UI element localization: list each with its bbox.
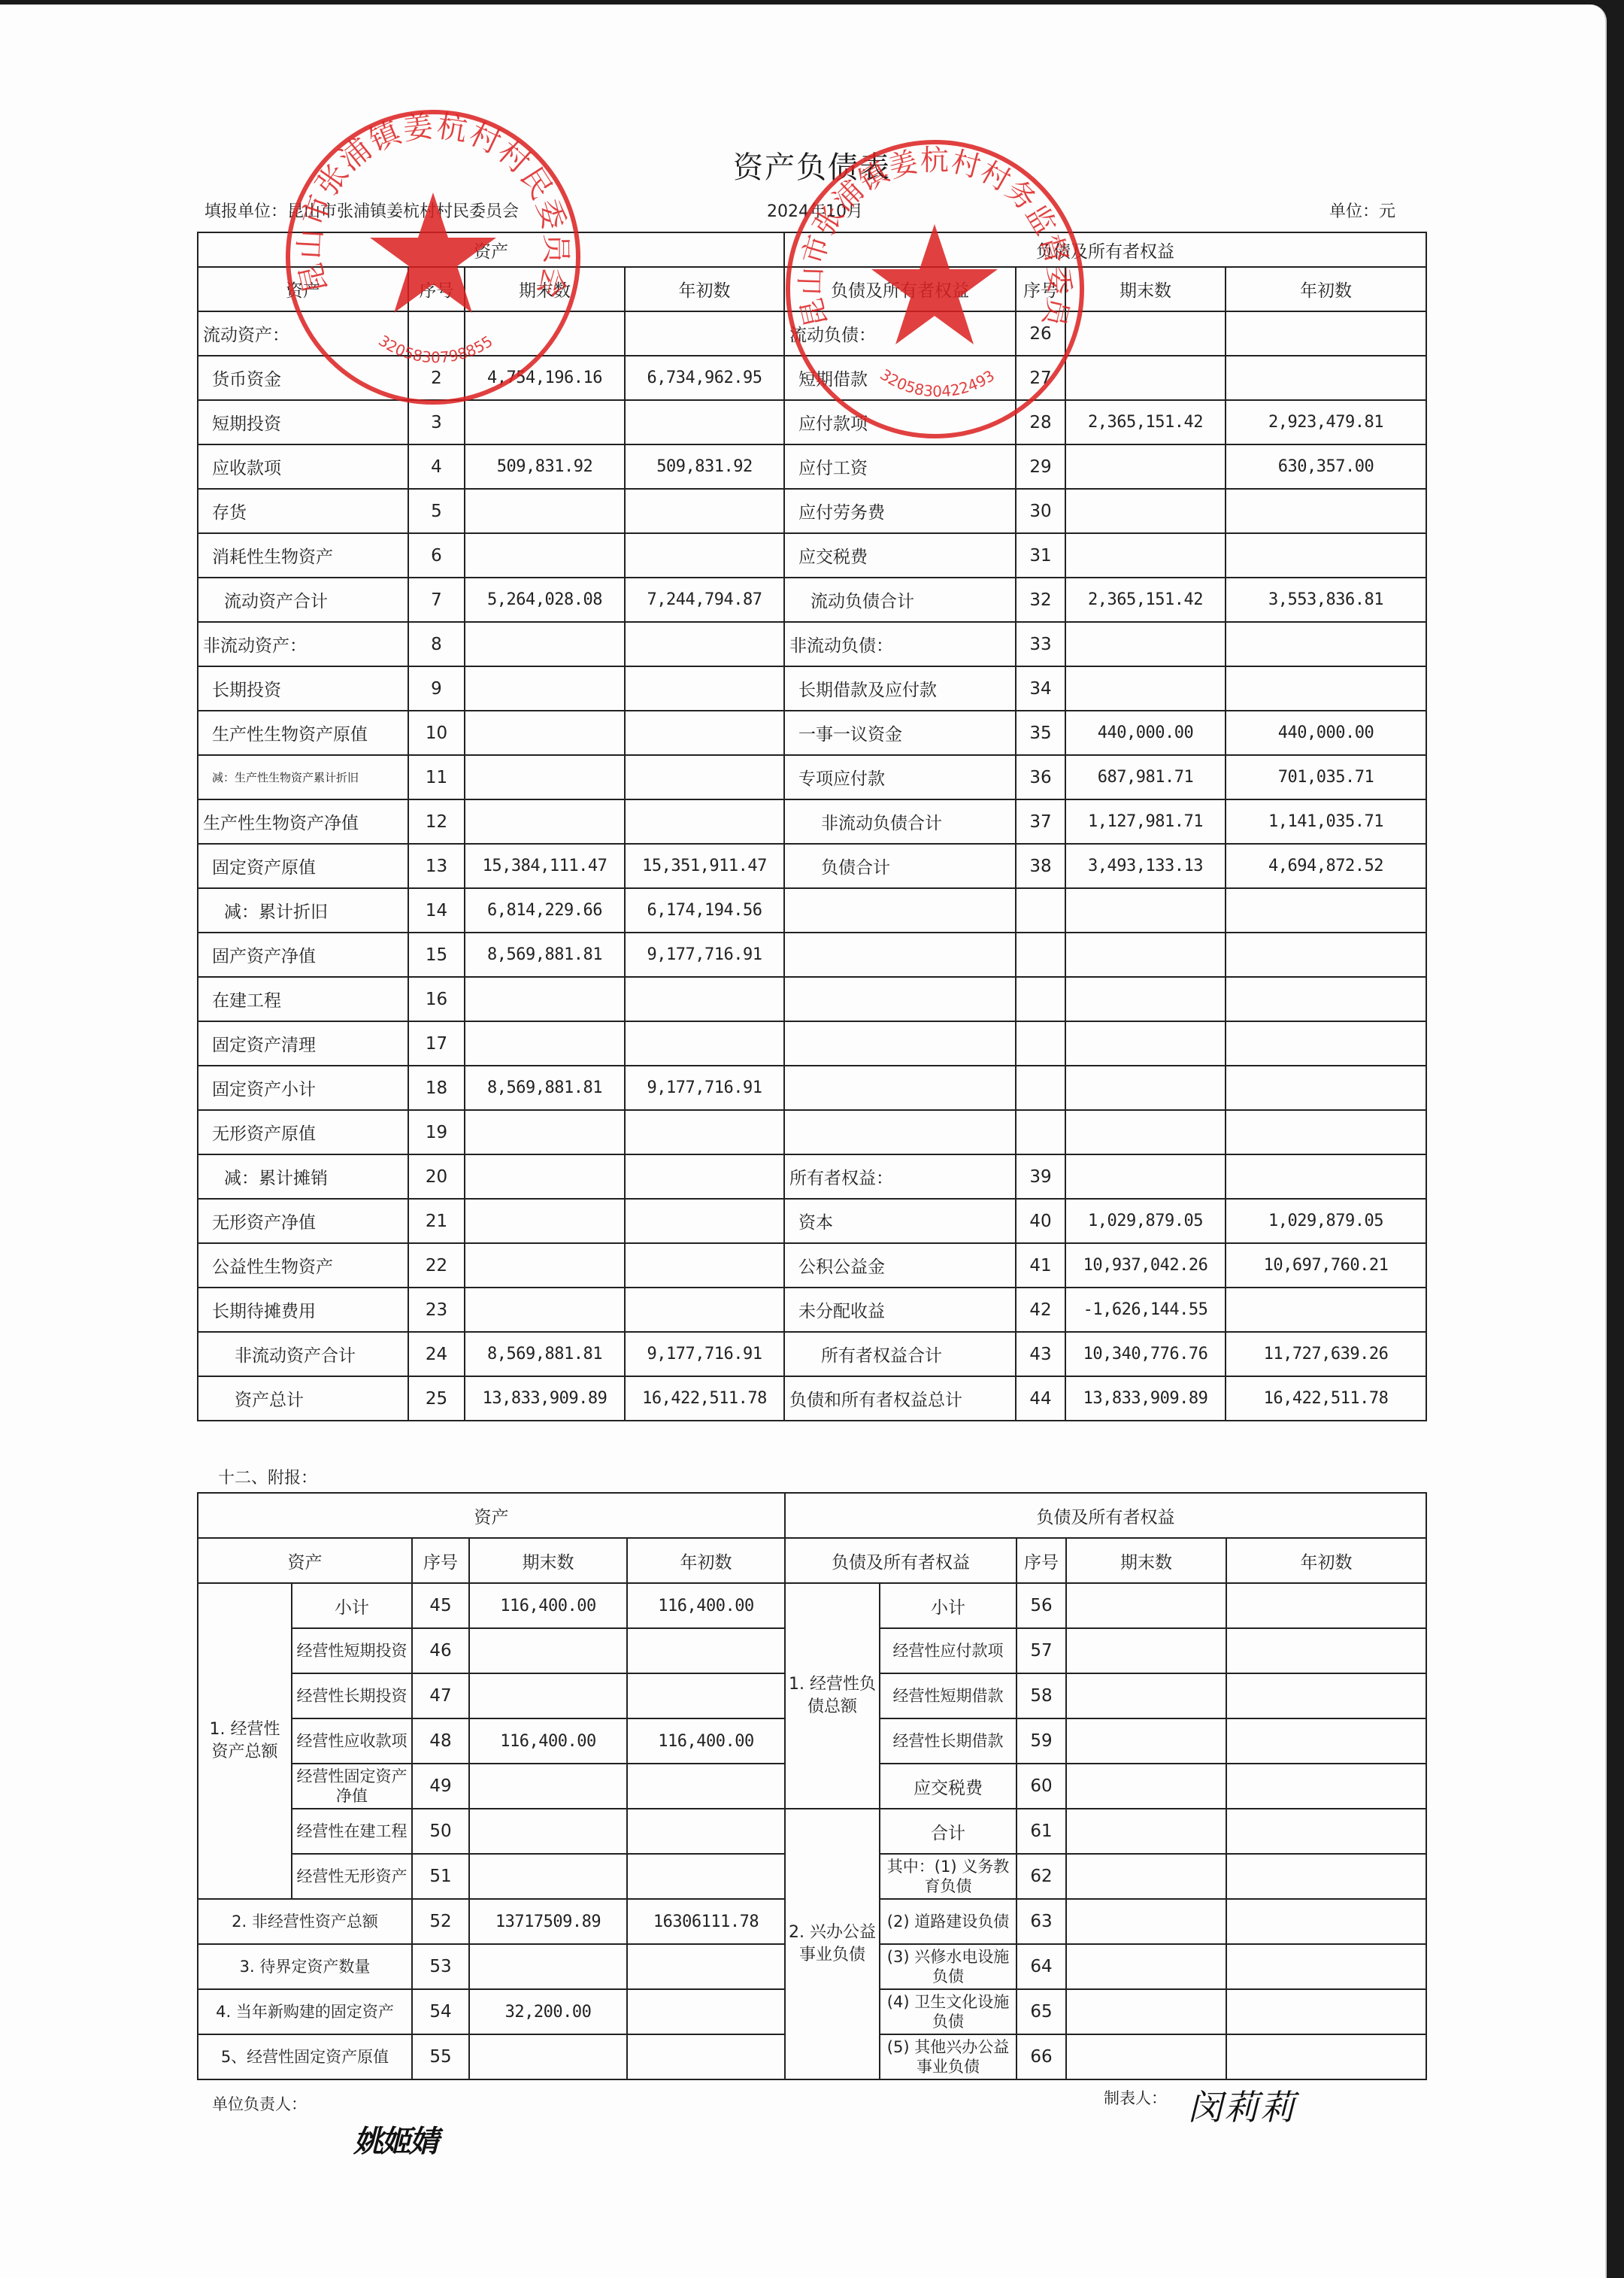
- asset-label: 消耗性生物资产: [198, 533, 408, 578]
- table-row: 固定资产原值1315,384,111.4715,351,911.47负债合计38…: [198, 844, 1426, 888]
- asset-label: 长期待摊费用: [198, 1288, 408, 1332]
- liability-seq: 37: [1016, 799, 1065, 844]
- liability-begin-value: [1226, 1628, 1426, 1673]
- liability-end-value: [1065, 622, 1226, 666]
- asset-end-value: [469, 2034, 627, 2079]
- liability-seq: 29: [1016, 444, 1065, 489]
- liability-end-value: [1065, 888, 1226, 933]
- liability-begin-value: 4,694,872.52: [1226, 844, 1426, 888]
- asset-end-value: [465, 400, 625, 444]
- asset-begin-value: 6,734,962.95: [625, 356, 784, 400]
- asset-seq: 55: [412, 2034, 469, 2079]
- col-header-end: 期末数: [1065, 267, 1226, 311]
- liability-begin-value: [1226, 666, 1426, 711]
- liability-end-value: 1,127,981.71: [1065, 799, 1226, 844]
- asset-seq: 10: [408, 711, 465, 755]
- asset-begin-value: 16,422,511.78: [625, 1376, 784, 1421]
- asset-label: 3. 待界定资产数量: [198, 1944, 412, 1989]
- liability-seq: 28: [1016, 400, 1065, 444]
- liability-label: 小计: [880, 1583, 1017, 1628]
- preparer-signature: 闵莉莉: [1188, 2080, 1296, 2130]
- asset-end-value: 5,264,028.08: [465, 578, 625, 622]
- liability-label: 所有者权益合计: [784, 1332, 1016, 1376]
- asset-seq: 20: [408, 1154, 465, 1199]
- liability-end-value: [1066, 2034, 1226, 2079]
- liability-end-value: [1066, 1583, 1226, 1628]
- asset-end-value: 116,400.00: [469, 1583, 627, 1628]
- liability-label: (2) 道路建设负债: [880, 1899, 1017, 1944]
- asset-end-value: [465, 1154, 625, 1199]
- liability-seq: 26: [1016, 311, 1065, 356]
- liability-label: 应付款项: [784, 400, 1016, 444]
- supplement-table: 资产 负债及所有者权益 资产 序号 期末数 年初数 负债及所有者权益 序号 期末…: [197, 1492, 1427, 2080]
- liability-begin-value: 16,422,511.78: [1226, 1376, 1426, 1421]
- liability-begin-value: [1226, 1854, 1426, 1899]
- supp-col-header-liability: 负债及所有者权益: [785, 1538, 1017, 1583]
- asset-end-value: [469, 1944, 627, 1989]
- liability-label: (3) 兴修水电设施负债: [880, 1944, 1017, 1989]
- asset-begin-value: 15,351,911.47: [625, 844, 784, 888]
- liability-begin-value: 11,727,639.26: [1226, 1332, 1426, 1376]
- asset-begin-value: [625, 311, 784, 356]
- liability-seq: 34: [1016, 666, 1065, 711]
- supp-assets-section-header: 资产: [198, 1493, 785, 1538]
- asset-begin-value: 116,400.00: [627, 1718, 785, 1764]
- asset-begin-value: [625, 622, 784, 666]
- col-header-seq: 序号: [1016, 267, 1065, 311]
- asset-begin-value: [627, 1764, 785, 1809]
- liability-end-value: [1066, 1764, 1226, 1809]
- asset-label: 固定资产原值: [198, 844, 408, 888]
- liability-seq: 66: [1017, 2034, 1066, 2079]
- liability-group-label: 2. 兴办公益事业负债: [785, 1809, 880, 2079]
- liability-end-value: [1065, 1066, 1226, 1110]
- page-title: 资产负债表: [0, 144, 1624, 187]
- liability-begin-value: 3,553,836.81: [1226, 578, 1426, 622]
- table-row: 经营性在建工程502. 兴办公益事业负债合计61: [198, 1809, 1426, 1854]
- liability-seq: 39: [1016, 1154, 1065, 1199]
- liability-end-value: [1066, 1899, 1226, 1944]
- liability-seq: 31: [1016, 533, 1065, 578]
- liability-seq: 41: [1016, 1243, 1065, 1288]
- liability-seq: 57: [1017, 1628, 1066, 1673]
- asset-label: 资产总计: [198, 1376, 408, 1421]
- liability-label: 短期借款: [784, 356, 1016, 400]
- liability-end-value: 2,365,151.42: [1065, 400, 1226, 444]
- table-row: 货币资金24,754,196.166,734,962.95短期借款27: [198, 356, 1426, 400]
- asset-seq: 46: [412, 1628, 469, 1673]
- asset-seq: 13: [408, 844, 465, 888]
- liability-label: [784, 1021, 1016, 1066]
- currency-unit: 单位：元: [1329, 199, 1395, 222]
- liability-seq: 33: [1016, 622, 1065, 666]
- liability-label: 经营性长期借款: [880, 1718, 1017, 1764]
- asset-begin-value: [627, 1628, 785, 1673]
- asset-seq: 3: [408, 400, 465, 444]
- asset-label: 经营性在建工程: [292, 1809, 412, 1854]
- asset-seq: 25: [408, 1376, 465, 1421]
- asset-seq: 17: [408, 1021, 465, 1066]
- asset-label: 经营性长期投资: [292, 1673, 412, 1718]
- table-row: 消耗性生物资产6应交税费31: [198, 533, 1426, 578]
- table-row: 在建工程16: [198, 977, 1426, 1021]
- asset-seq: 11: [408, 755, 465, 799]
- asset-begin-value: [625, 1154, 784, 1199]
- liability-begin-value: [1226, 888, 1426, 933]
- asset-seq: 4: [408, 444, 465, 489]
- liability-begin-value: 630,357.00: [1226, 444, 1426, 489]
- liability-seq: 64: [1017, 1944, 1066, 1989]
- asset-label: 短期投资: [198, 400, 408, 444]
- liability-end-value: [1065, 533, 1226, 578]
- liability-label: [784, 1066, 1016, 1110]
- asset-label: 非流动资产：: [198, 622, 408, 666]
- liability-seq: 62: [1017, 1854, 1066, 1899]
- liability-label: 应付工资: [784, 444, 1016, 489]
- liability-end-value: [1066, 1673, 1226, 1718]
- asset-end-value: [465, 1021, 625, 1066]
- liability-seq: 43: [1016, 1332, 1065, 1376]
- asset-label: 固定资产清理: [198, 1021, 408, 1066]
- asset-begin-value: [625, 1110, 784, 1154]
- supp-col-header-asset: 资产: [198, 1538, 412, 1583]
- liability-label: 所有者权益：: [784, 1154, 1016, 1199]
- asset-begin-value: 7,244,794.87: [625, 578, 784, 622]
- liability-seq: 59: [1017, 1718, 1066, 1764]
- table-row: 资产总计2513,833,909.8916,422,511.78负债和所有者权益…: [198, 1376, 1426, 1421]
- supp-col-header-seq: 序号: [1017, 1538, 1066, 1583]
- liability-begin-value: [1226, 311, 1426, 356]
- asset-label: 无形资产净值: [198, 1199, 408, 1243]
- liability-end-value: 3,493,133.13: [1065, 844, 1226, 888]
- asset-seq: 45: [412, 1583, 469, 1628]
- liability-label: 其中：(1) 义务教育负债: [880, 1854, 1017, 1899]
- asset-label: 5、经营性固定资产原值: [198, 2034, 412, 2079]
- asset-begin-value: 9,177,716.91: [625, 1332, 784, 1376]
- liability-begin-value: 2,923,479.81: [1226, 400, 1426, 444]
- liability-seq: [1016, 1110, 1065, 1154]
- asset-begin-value: 6,174,194.56: [625, 888, 784, 933]
- asset-label: 存货: [198, 489, 408, 533]
- liability-end-value: [1065, 1154, 1226, 1199]
- asset-label: 流动资产：: [198, 311, 408, 356]
- liability-begin-value: [1226, 1899, 1426, 1944]
- asset-begin-value: [627, 1944, 785, 1989]
- liability-end-value: [1065, 444, 1226, 489]
- liability-label: (5) 其他兴办公益事业负债: [880, 2034, 1017, 2079]
- asset-end-value: 6,814,229.66: [465, 888, 625, 933]
- col-header-seq: 序号: [408, 267, 465, 311]
- asset-end-value: [469, 1673, 627, 1718]
- asset-label: 经营性固定资产净值: [292, 1764, 412, 1809]
- liability-seq: 38: [1016, 844, 1065, 888]
- asset-end-value: [465, 1288, 625, 1332]
- asset-label: 非流动资产合计: [198, 1332, 408, 1376]
- liability-begin-value: [1226, 1288, 1426, 1332]
- asset-end-value: [469, 1764, 627, 1809]
- liability-end-value: 440,000.00: [1065, 711, 1226, 755]
- asset-end-value: [465, 489, 625, 533]
- reporting-unit-value: 昆山市张浦镇姜杭村村民委员会: [287, 202, 519, 221]
- liability-label: 应交税费: [880, 1764, 1017, 1809]
- asset-seq: 21: [408, 1199, 465, 1243]
- asset-end-value: 8,569,881.81: [465, 933, 625, 977]
- liability-seq: 63: [1017, 1899, 1066, 1944]
- liability-seq: [1016, 933, 1065, 977]
- liability-seq: 44: [1016, 1376, 1065, 1421]
- asset-end-value: 8,569,881.81: [465, 1332, 625, 1376]
- asset-seq: 22: [408, 1243, 465, 1288]
- liability-label: 一事一议资金: [784, 711, 1016, 755]
- asset-end-value: [465, 1110, 625, 1154]
- asset-end-value: [465, 311, 625, 356]
- asset-seq: 54: [412, 1989, 469, 2034]
- table-row: 公益性生物资产22公积公益金4110,937,042.2610,697,760.…: [198, 1243, 1426, 1288]
- asset-begin-value: [625, 1021, 784, 1066]
- asset-end-value: 13717509.89: [469, 1899, 627, 1944]
- liability-seq: 36: [1016, 755, 1065, 799]
- asset-seq: 52: [412, 1899, 469, 1944]
- report-period: 2024年10月: [767, 199, 863, 222]
- asset-seq: 2: [408, 356, 465, 400]
- asset-label: 减：累计摊销: [198, 1154, 408, 1199]
- asset-label: 固定资产小计: [198, 1066, 408, 1110]
- table-row: 生产性生物资产净值12非流动负债合计371,127,981.711,141,03…: [198, 799, 1426, 844]
- balance-sheet-table: 资产 负债及所有者权益 资产 序号 期末数 年初数 负债及所有者权益 序号 期末…: [197, 232, 1427, 1421]
- supp-col-header-begin: 年初数: [1226, 1538, 1426, 1583]
- asset-seq: 47: [412, 1673, 469, 1718]
- supp-col-header-end: 期末数: [469, 1538, 627, 1583]
- asset-begin-value: [627, 2034, 785, 2079]
- col-header-asset: 资产: [198, 267, 408, 311]
- liability-label: 非流动负债：: [784, 622, 1016, 666]
- liability-begin-value: 1,141,035.71: [1226, 799, 1426, 844]
- table-row: 减：累计折旧146,814,229.666,174,194.56: [198, 888, 1426, 933]
- asset-end-value: 13,833,909.89: [465, 1376, 625, 1421]
- liability-begin-value: [1226, 622, 1426, 666]
- table-row: 流动资产：流动负债：26: [198, 311, 1426, 356]
- asset-begin-value: 509,831.92: [625, 444, 784, 489]
- liability-label: (4) 卫生文化设施负债: [880, 1989, 1017, 2034]
- liability-seq: 35: [1016, 711, 1065, 755]
- asset-begin-value: [627, 1809, 785, 1854]
- asset-label: 经营性应收款项: [292, 1718, 412, 1764]
- asset-seq: 18: [408, 1066, 465, 1110]
- liability-begin-value: [1226, 2034, 1426, 2079]
- liability-label: 负债和所有者权益总计: [784, 1376, 1016, 1421]
- liability-begin-value: 440,000.00: [1226, 711, 1426, 755]
- asset-begin-value: [625, 400, 784, 444]
- supp-liabilities-section-header: 负债及所有者权益: [785, 1493, 1426, 1538]
- liability-label: [784, 1110, 1016, 1154]
- asset-end-value: [465, 799, 625, 844]
- asset-begin-value: [627, 1673, 785, 1718]
- table-row: 流动资产合计75,264,028.087,244,794.87流动负债合计322…: [198, 578, 1426, 622]
- liability-seq: 60: [1017, 1764, 1066, 1809]
- asset-begin-value: 9,177,716.91: [625, 1066, 784, 1110]
- asset-begin-value: [625, 711, 784, 755]
- liability-label: 经营性短期借款: [880, 1673, 1017, 1718]
- asset-begin-value: [627, 1989, 785, 2034]
- asset-end-value: [469, 1628, 627, 1673]
- asset-end-value: 509,831.92: [465, 444, 625, 489]
- asset-begin-value: [625, 533, 784, 578]
- liability-label: [784, 888, 1016, 933]
- table-row: 减：累计摊销20所有者权益：39: [198, 1154, 1426, 1199]
- liability-label: 资本: [784, 1199, 1016, 1243]
- liability-seq: [1016, 1066, 1065, 1110]
- assets-section-header: 资产: [198, 232, 784, 267]
- supp-col-header-begin: 年初数: [627, 1538, 785, 1583]
- liability-begin-value: [1226, 1583, 1426, 1628]
- liability-label: 流动负债合计: [784, 578, 1016, 622]
- asset-seq: 6: [408, 533, 465, 578]
- asset-end-value: [465, 755, 625, 799]
- liability-end-value: [1066, 1989, 1226, 2034]
- asset-label: 在建工程: [198, 977, 408, 1021]
- asset-label: 长期投资: [198, 666, 408, 711]
- liability-begin-value: [1226, 489, 1426, 533]
- asset-begin-value: 16306111.78: [627, 1899, 785, 1944]
- liability-label: 流动负债：: [784, 311, 1016, 356]
- asset-seq: 53: [412, 1944, 469, 1989]
- asset-seq: 8: [408, 622, 465, 666]
- liability-end-value: [1066, 1809, 1226, 1854]
- asset-begin-value: [625, 1199, 784, 1243]
- liability-begin-value: [1226, 1989, 1426, 2034]
- table-row: 减：生产性生物资产累计折旧11专项应付款36687,981.71701,035.…: [198, 755, 1426, 799]
- asset-begin-value: 9,177,716.91: [625, 933, 784, 977]
- liability-seq: [1016, 1021, 1065, 1066]
- liability-begin-value: 701,035.71: [1226, 755, 1426, 799]
- asset-label: 经营性无形资产: [292, 1854, 412, 1899]
- liability-end-value: [1066, 1854, 1226, 1899]
- liability-end-value: [1065, 666, 1226, 711]
- asset-label: 经营性短期投资: [292, 1628, 412, 1673]
- asset-begin-value: [627, 1854, 785, 1899]
- asset-seq: 5: [408, 489, 465, 533]
- liability-seq: 42: [1016, 1288, 1065, 1332]
- asset-label: 固产资产净值: [198, 933, 408, 977]
- asset-seq: 49: [412, 1764, 469, 1809]
- asset-begin-value: [625, 977, 784, 1021]
- liability-label: 长期借款及应付款: [784, 666, 1016, 711]
- liability-begin-value: 10,697,760.21: [1226, 1243, 1426, 1288]
- asset-begin-value: [625, 666, 784, 711]
- asset-seq: 19: [408, 1110, 465, 1154]
- liability-begin-value: [1226, 933, 1426, 977]
- asset-label: 应收款项: [198, 444, 408, 489]
- col-header-begin: 年初数: [625, 267, 784, 311]
- liability-begin-value: [1226, 1809, 1426, 1854]
- liability-begin-value: [1226, 1944, 1426, 1989]
- unit-head-signature: 姚姬婧: [353, 2118, 437, 2161]
- asset-begin-value: [625, 489, 784, 533]
- asset-seq: 50: [412, 1809, 469, 1854]
- liabilities-section-header: 负债及所有者权益: [784, 232, 1426, 267]
- liability-label: 应交税费: [784, 533, 1016, 578]
- asset-end-value: [465, 533, 625, 578]
- table-row: 非流动资产：8非流动负债：33: [198, 622, 1426, 666]
- asset-end-value: 4,754,196.16: [465, 356, 625, 400]
- liability-seq: 32: [1016, 578, 1065, 622]
- asset-seq: 23: [408, 1288, 465, 1332]
- reporting-unit-label: 填报单位：: [205, 202, 287, 221]
- liability-end-value: [1065, 356, 1226, 400]
- reporting-unit: 填报单位：昆山市张浦镇姜杭村村民委员会: [205, 199, 519, 222]
- liability-seq: 58: [1017, 1673, 1066, 1718]
- liability-end-value: [1065, 977, 1226, 1021]
- asset-end-value: [465, 711, 625, 755]
- asset-begin-value: [625, 1243, 784, 1288]
- liability-begin-value: [1226, 533, 1426, 578]
- asset-begin-value: [625, 755, 784, 799]
- asset-end-value: [465, 666, 625, 711]
- liability-label: [784, 933, 1016, 977]
- liability-end-value: [1065, 1021, 1226, 1066]
- asset-label: 公益性生物资产: [198, 1243, 408, 1288]
- liability-label: 非流动负债合计: [784, 799, 1016, 844]
- liability-end-value: [1065, 489, 1226, 533]
- liability-label: 负债合计: [784, 844, 1016, 888]
- asset-end-value: [469, 1854, 627, 1899]
- table-row: 1. 经营性资产总额小计45116,400.00116,400.001. 经营性…: [198, 1583, 1426, 1628]
- table-row: 短期投资3应付款项282,365,151.422,923,479.81: [198, 400, 1426, 444]
- asset-seq: 16: [408, 977, 465, 1021]
- asset-end-value: [465, 622, 625, 666]
- liability-label: 未分配收益: [784, 1288, 1016, 1332]
- liability-begin-value: 1,029,879.05: [1226, 1199, 1426, 1243]
- liability-end-value: [1066, 1944, 1226, 1989]
- asset-end-value: 15,384,111.47: [465, 844, 625, 888]
- asset-label: 货币资金: [198, 356, 408, 400]
- liability-begin-value: [1226, 1110, 1426, 1154]
- liability-seq: 30: [1016, 489, 1065, 533]
- asset-begin-value: [625, 1288, 784, 1332]
- col-header-end: 期末数: [465, 267, 625, 311]
- liability-label: 应付劳务费: [784, 489, 1016, 533]
- asset-seq: 14: [408, 888, 465, 933]
- liability-group-label: 1. 经营性负债总额: [785, 1583, 880, 1809]
- liability-seq: 56: [1017, 1583, 1066, 1628]
- liability-end-value: [1066, 1628, 1226, 1673]
- liability-end-value: [1065, 1110, 1226, 1154]
- liability-label: 公积公益金: [784, 1243, 1016, 1288]
- liability-begin-value: [1226, 1021, 1426, 1066]
- table-row: 固定资产小计188,569,881.819,177,716.91: [198, 1066, 1426, 1110]
- asset-label: 流动资产合计: [198, 578, 408, 622]
- supplement-section-label: 十二、附报：: [218, 1465, 317, 1488]
- table-row: 固产资产净值158,569,881.819,177,716.91: [198, 933, 1426, 977]
- asset-seq: 51: [412, 1854, 469, 1899]
- asset-end-value: 32,200.00: [469, 1989, 627, 2034]
- asset-seq: [408, 311, 465, 356]
- liability-end-value: 2,365,151.42: [1065, 578, 1226, 622]
- asset-seq: 7: [408, 578, 465, 622]
- liability-seq: 40: [1016, 1199, 1065, 1243]
- liability-end-value: 687,981.71: [1065, 755, 1226, 799]
- asset-label: 生产性生物资产原值: [198, 711, 408, 755]
- table-row: 存货5应付劳务费30: [198, 489, 1426, 533]
- liability-end-value: [1065, 933, 1226, 977]
- asset-begin-value: 116,400.00: [627, 1583, 785, 1628]
- unit-head-label: 单位负责人：: [212, 2092, 307, 2115]
- asset-label: 无形资产原值: [198, 1110, 408, 1154]
- liability-end-value: 1,029,879.05: [1065, 1199, 1226, 1243]
- table-row: 无形资产净值21资本401,029,879.051,029,879.05: [198, 1199, 1426, 1243]
- table-row: 非流动资产合计248,569,881.819,177,716.91所有者权益合计…: [198, 1332, 1426, 1376]
- table-row: 生产性生物资产原值10一事一议资金35440,000.00440,000.00: [198, 711, 1426, 755]
